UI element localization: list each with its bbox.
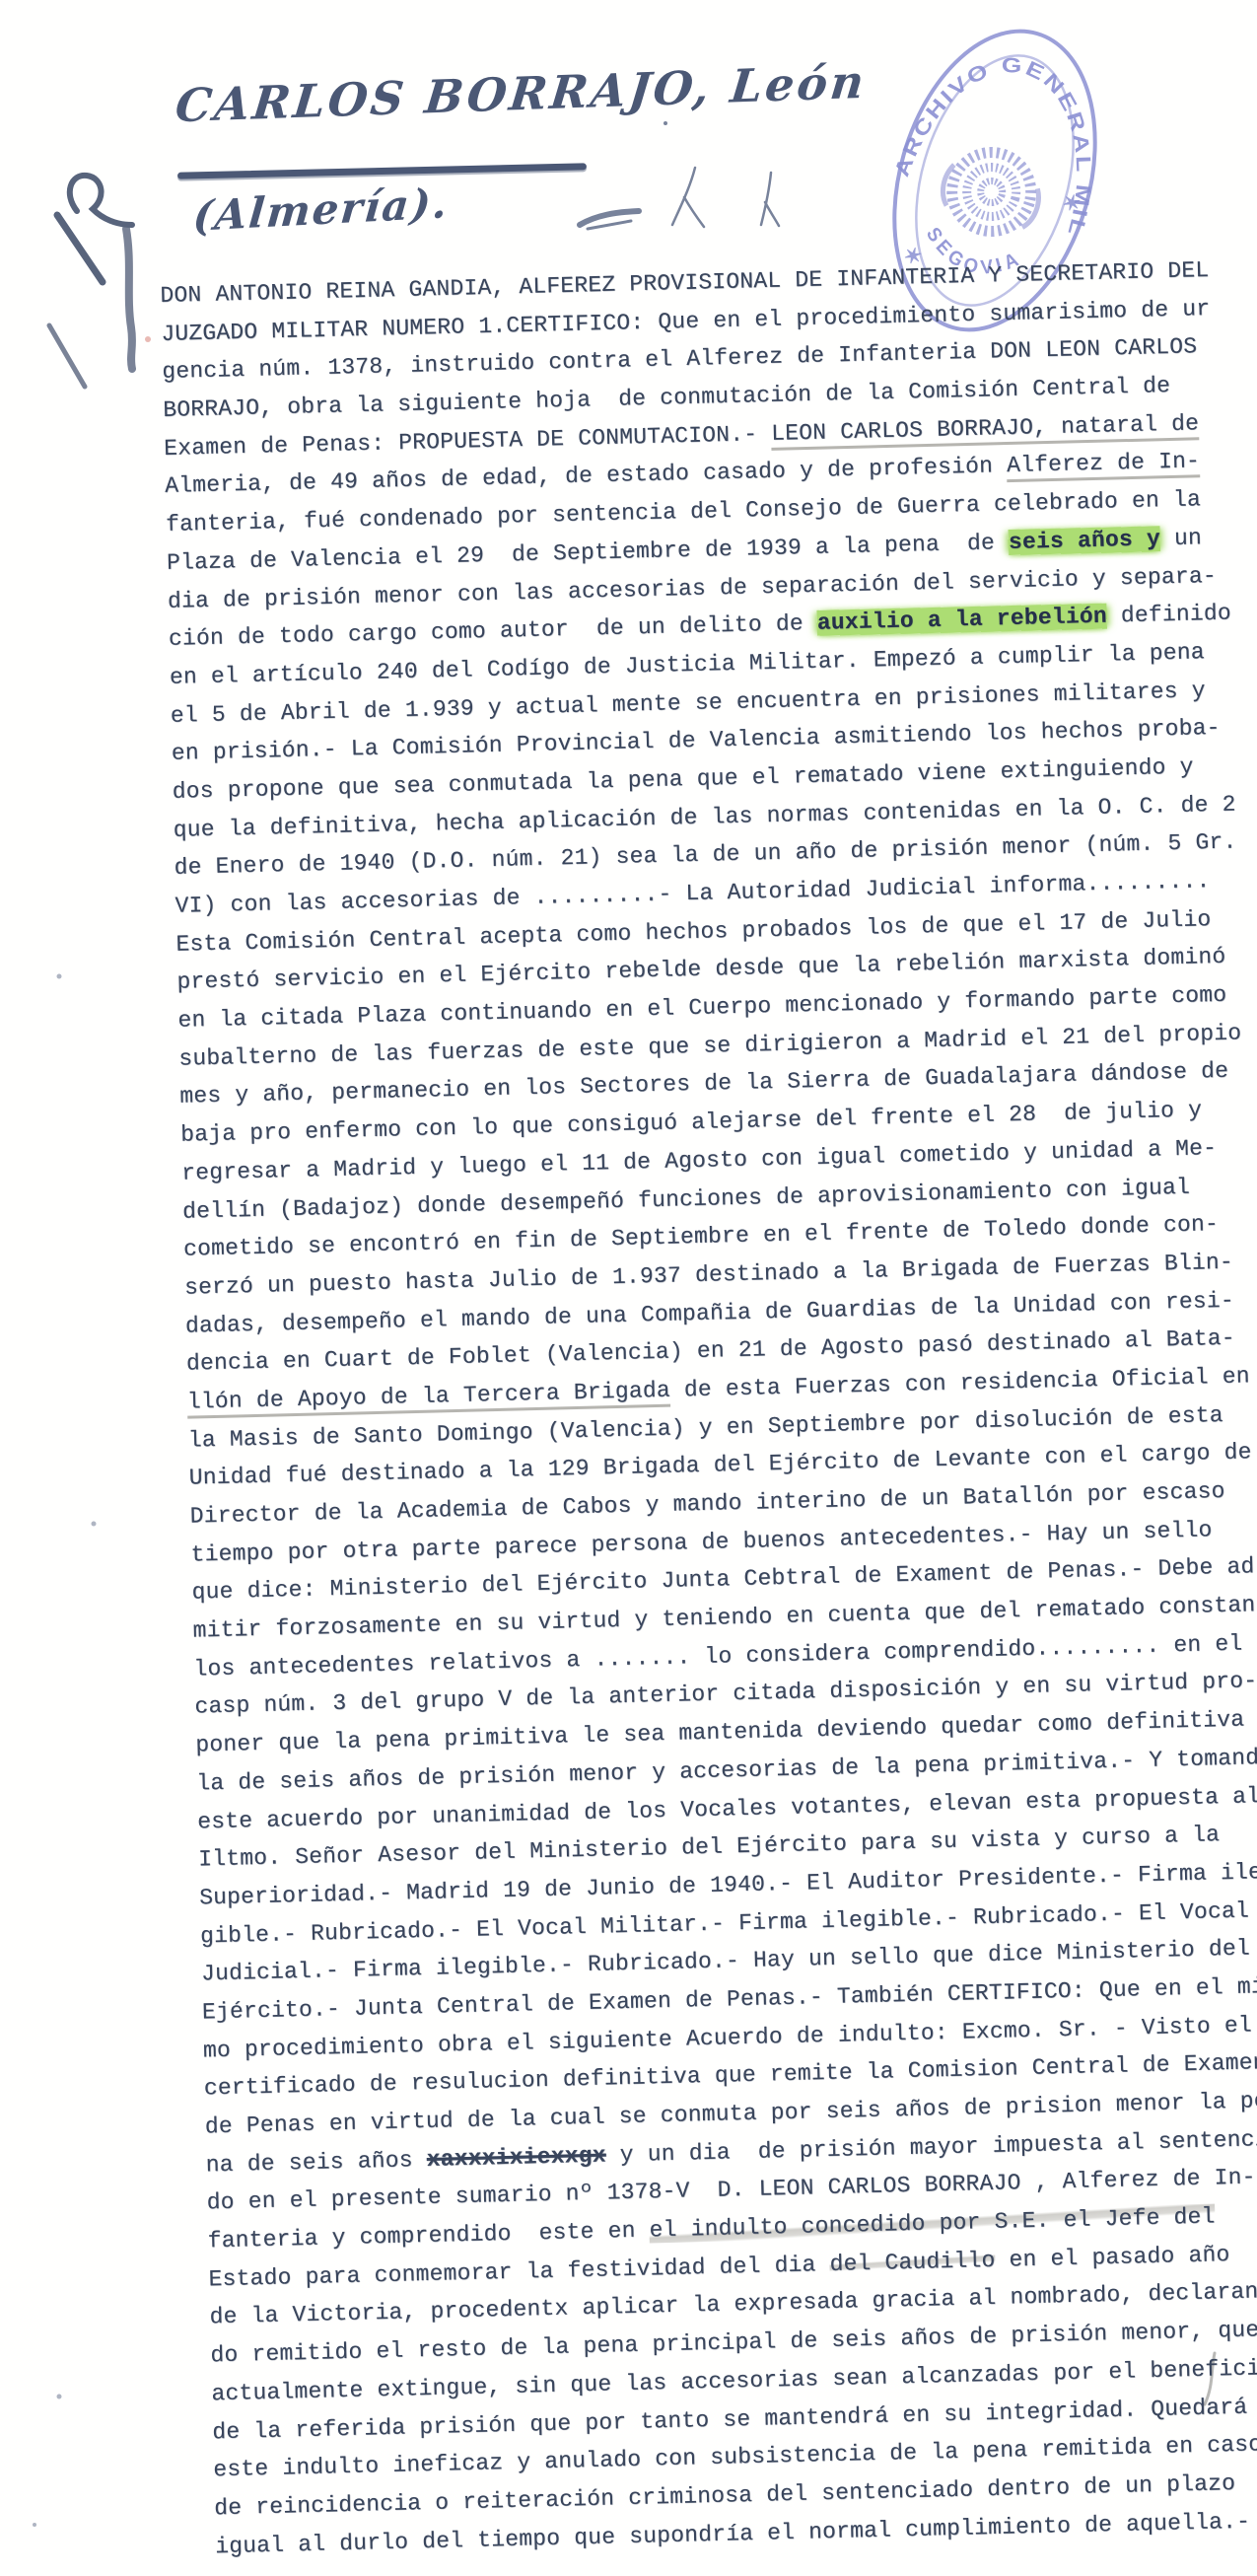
document-body: DON ANTONIO REINA GANDIA, ALFEREZ PROVIS… — [160, 250, 1257, 2566]
handwritten-name: CARLOS BORRAJO, León — [173, 55, 869, 133]
pen-squiggle-mark — [580, 121, 779, 229]
scanned-document-page: CARLOS BORRAJO, León (Almería). ARCHIVO … — [0, 0, 1257, 2576]
stamp-emblem — [935, 141, 1049, 244]
stray-specks — [33, 336, 151, 2527]
margin-flourish-mark — [49, 176, 132, 387]
handwritten-place: (Almería). — [191, 179, 451, 241]
handwritten-underline — [177, 163, 587, 179]
